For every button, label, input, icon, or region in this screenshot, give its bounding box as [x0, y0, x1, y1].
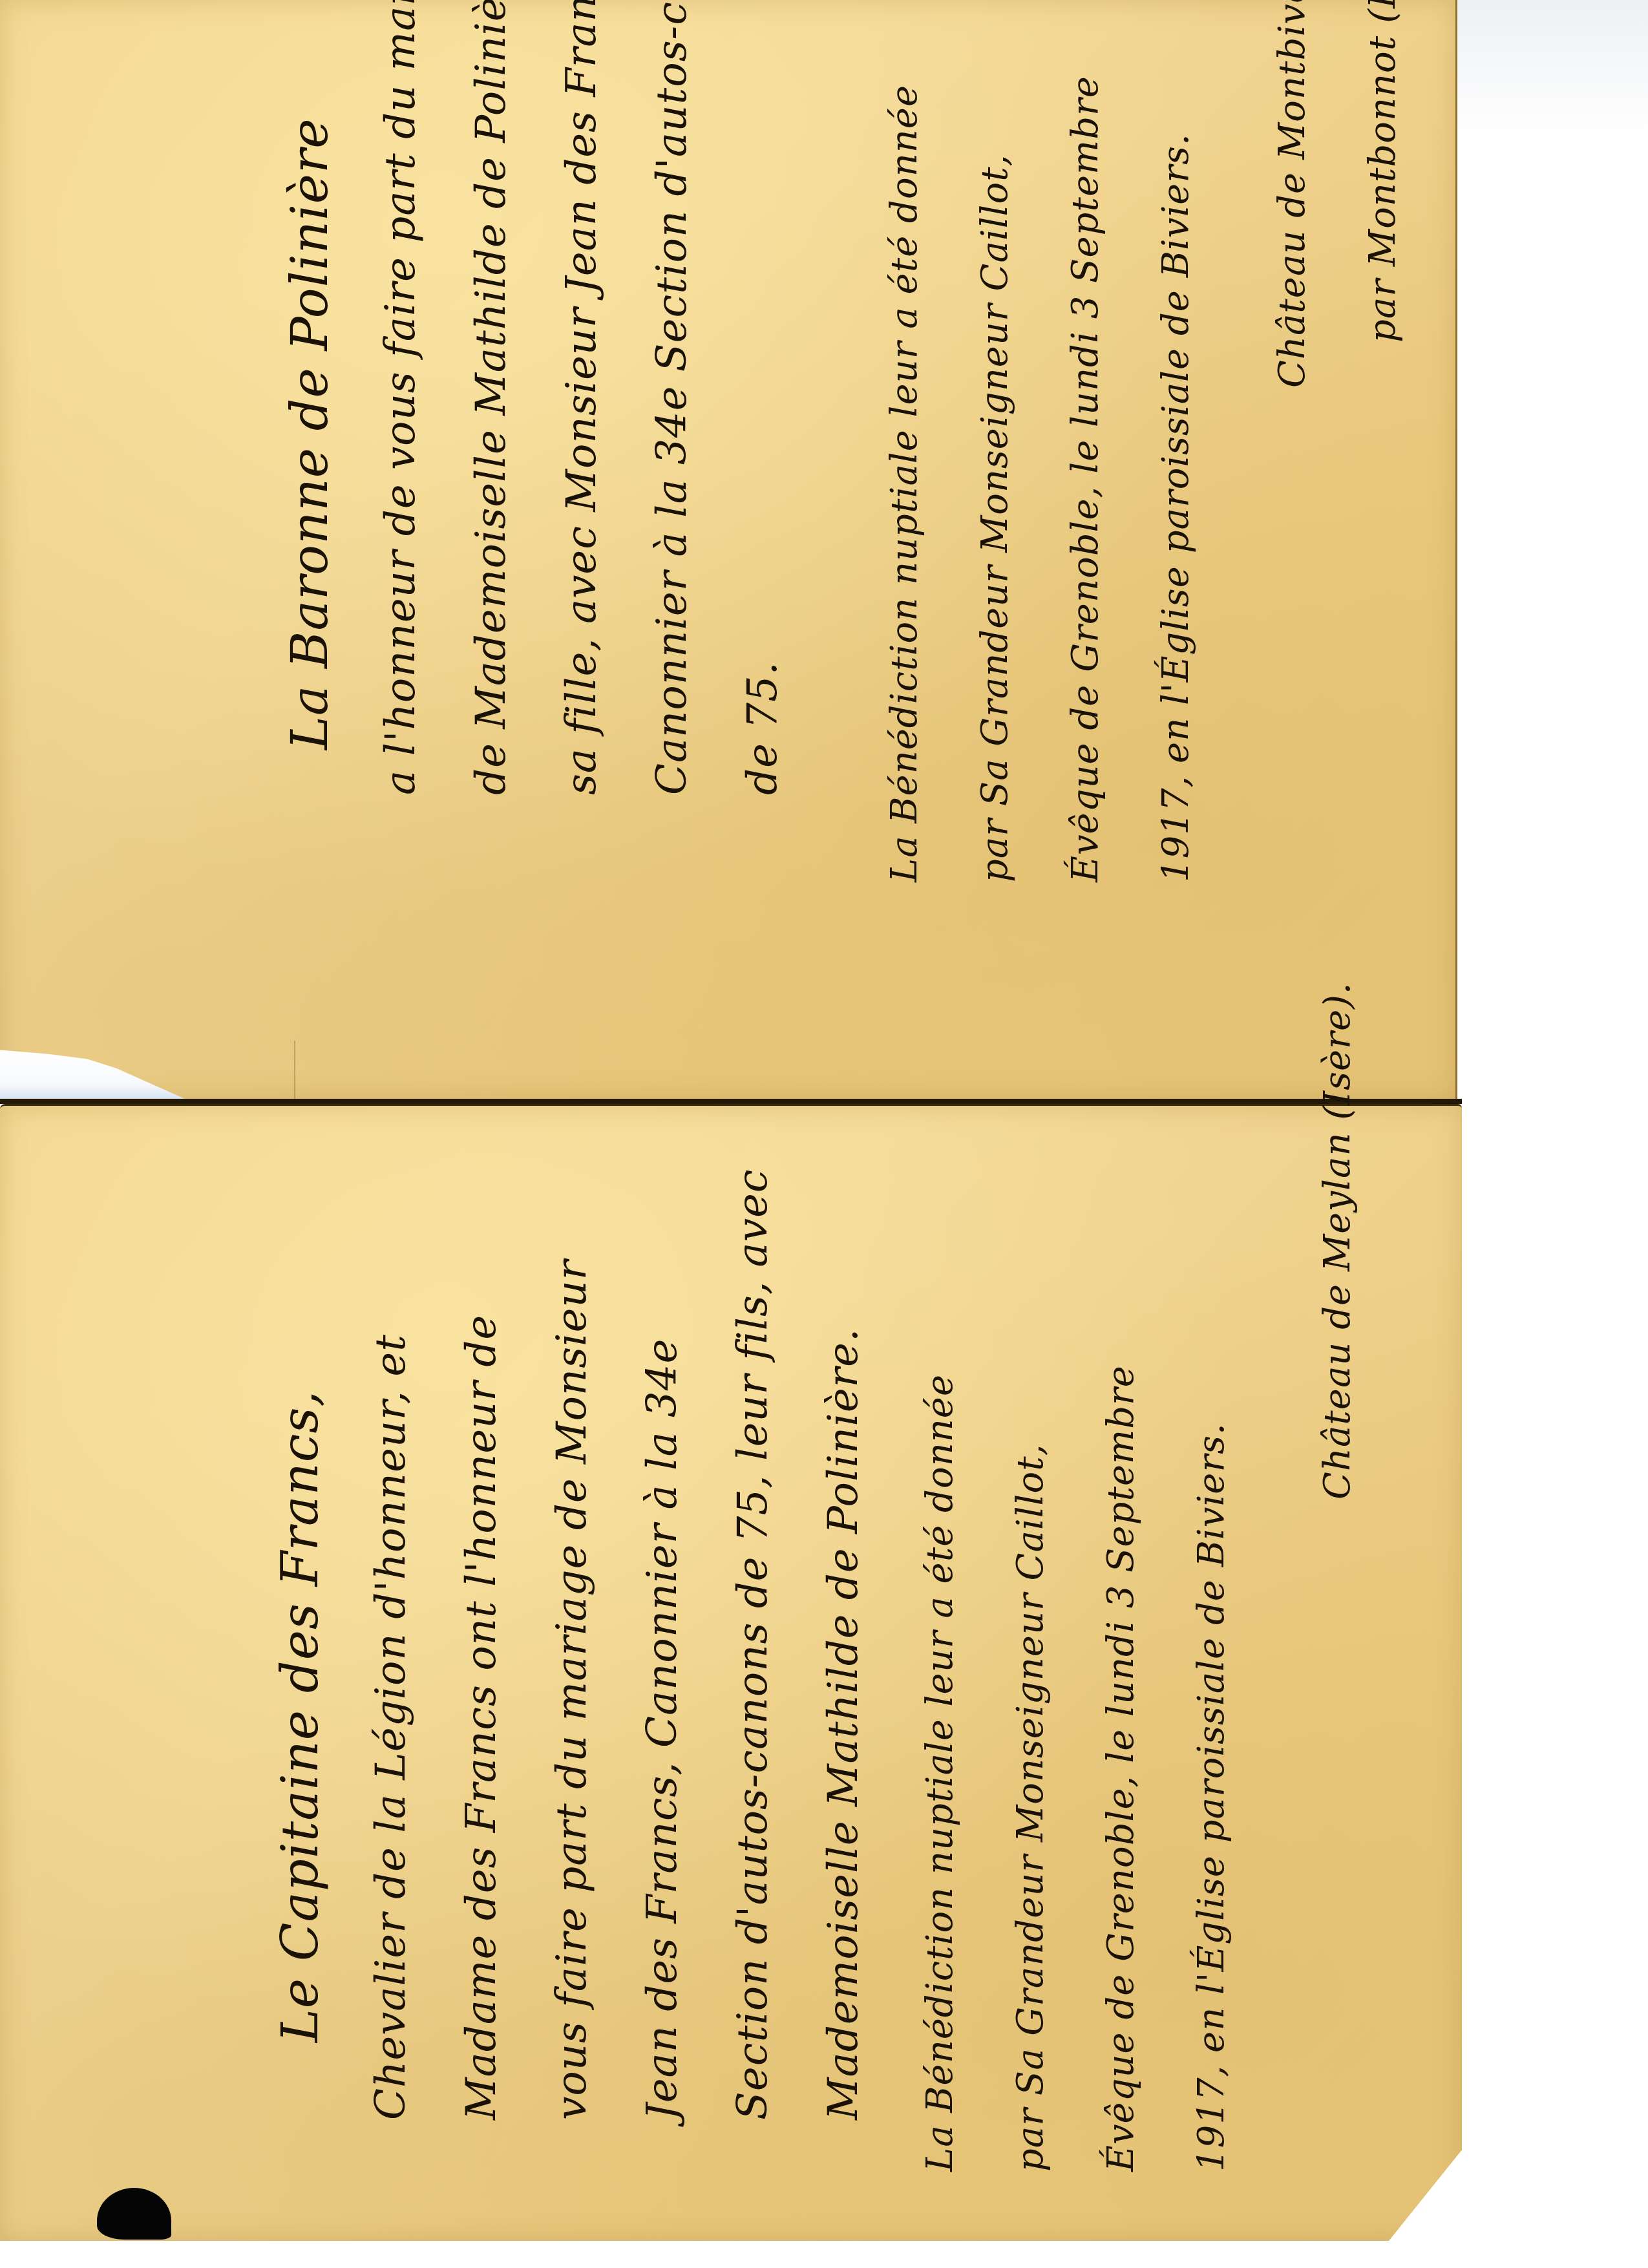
- benediction-line: par Sa Grandeur Monseigneur Caillot,: [950, 76, 1041, 882]
- announcement-line: Canonnier à la 34e Section d'autos-canon…: [627, 0, 717, 795]
- address-line: Château de Montbives: [1247, 0, 1338, 388]
- benediction-line: 1917, en l'Église paroissiale de Biviers…: [1131, 76, 1221, 882]
- groom-benediction-text: La Bénédiction nuptiale leur a été donné…: [895, 1365, 1257, 2172]
- address-line: Château de Meylan (Isère).: [1293, 982, 1383, 1500]
- announcement-line: Jean des Francs, Canonnier à la 34e: [617, 1169, 708, 2120]
- benediction-line: La Bénédiction nuptiale leur a été donné…: [895, 1365, 986, 2172]
- announcement-line: vous faire part du mariage de Monsieur: [527, 1169, 617, 2120]
- benediction-line: Évêque de Grenoble, le lundi 3 Septembre: [1041, 76, 1131, 882]
- announcement-line: Madame des Francs ont l'honneur de: [436, 1169, 527, 2120]
- card-title: Le Capitaine des Francs,: [255, 1169, 346, 2120]
- groom-address-text: Château de Meylan (Isère).: [1293, 982, 1383, 1500]
- announcement-line: Mademoiselle Mathilde de Polinière.: [798, 1169, 889, 2120]
- benediction-line: Évêque de Grenoble, le lundi 3 Septembre: [1076, 1365, 1167, 2172]
- card-seam: [0, 1099, 1462, 1104]
- benediction-line: 1917, en l'Église paroissiale de Biviers…: [1167, 1365, 1257, 2172]
- announcement-line: sa fille, avec Monsieur Jean des Francs,: [536, 0, 627, 795]
- announcement-line: de 75.: [717, 0, 808, 795]
- bride-announcement-text: La Baronne de Polinière a l'honneur de v…: [265, 0, 808, 795]
- benediction-line: par Sa Grandeur Monseigneur Caillot,: [986, 1365, 1076, 2172]
- announcement-line: Chevalier de la Légion d'honneur, et: [346, 1169, 436, 2120]
- bride-benediction-text: La Bénédiction nuptiale leur a été donné…: [860, 76, 1221, 882]
- bride-address-text: Château de Montbives par Montbonnot (Isè…: [1247, 0, 1428, 388]
- announcement-line: a l'honneur de vous faire part du mariag…: [355, 0, 446, 795]
- announcement-line: de Mademoiselle Mathilde de Polinière,: [446, 0, 536, 795]
- announcement-line: Section d'autos-canons de 75, leur fils,…: [708, 1169, 798, 2120]
- fold-crease: [294, 1041, 295, 1099]
- address-line: par Montbonnot (Isère).: [1338, 0, 1428, 388]
- card-title: La Baronne de Polinière: [265, 0, 355, 795]
- benediction-line: La Bénédiction nuptiale leur a été donné…: [860, 76, 950, 882]
- groom-announcement-text: Le Capitaine des Francs, Chevalier de la…: [255, 1169, 889, 2120]
